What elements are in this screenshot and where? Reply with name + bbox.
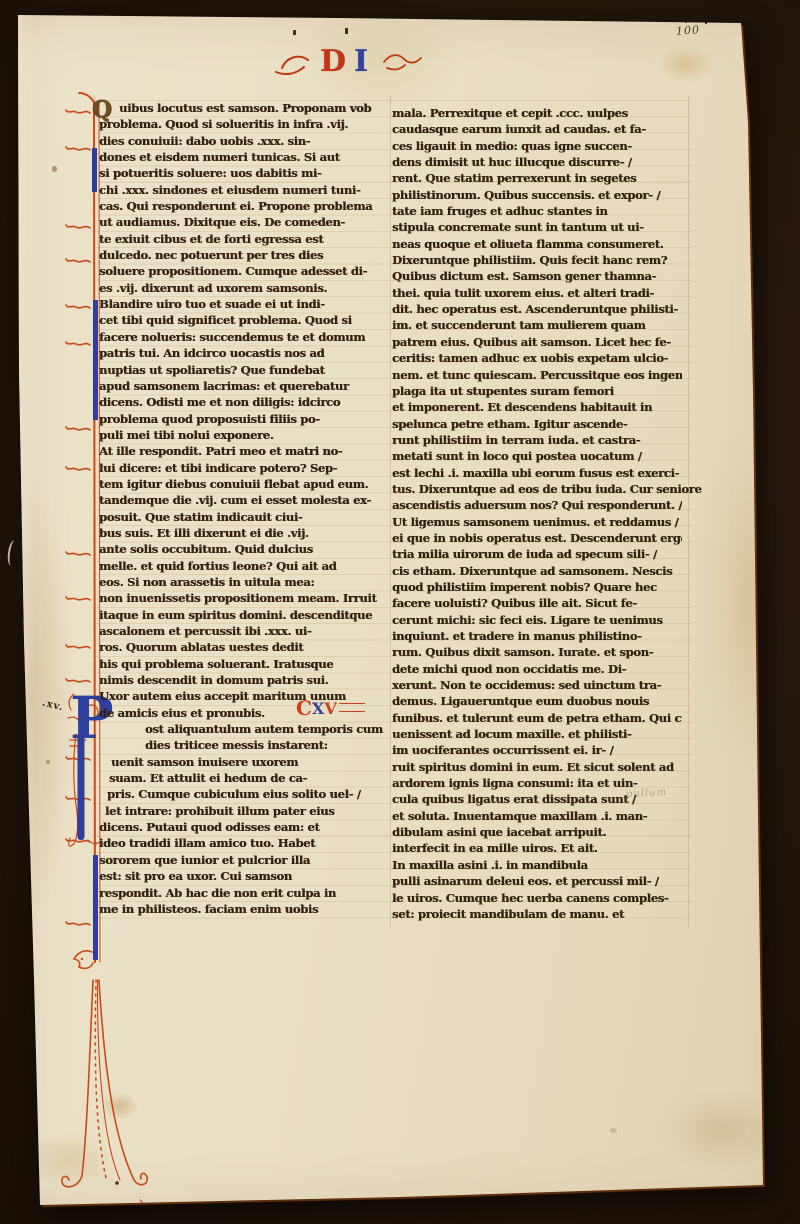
text-line: nem. et tunc quiescam. Percussitque eos … [392, 368, 682, 384]
text-line: apud samsonem lacrimas: et querebatur [99, 379, 389, 395]
text-line: his qui problema soluerant. Iratusque [99, 657, 389, 673]
penwork-descender [62, 980, 148, 1208]
text-line: eos. Si non arassetis in uitula mea: [99, 575, 389, 591]
text-line: problema. Quod si solueritis in infra .v… [99, 117, 389, 133]
text-line: sororem que iunior et pulcrior illa [99, 853, 389, 869]
text-line: stipula concremate sunt in tantum ut ui- [392, 220, 682, 236]
text-line: cerunt michi: sic feci eis. Ligare te ue… [392, 613, 682, 629]
text-line: philistinorum. Quibus succensis. et expo… [392, 188, 682, 204]
ink-speck [345, 28, 348, 34]
text-line: ei que in nobis operatus est. Descenderu… [392, 531, 682, 547]
text-line: neas quoque et oliueta flamma consumeret… [392, 237, 682, 253]
text-line: runt philistiim in terram iuda. et castr… [392, 433, 682, 449]
text-line: chi .xxx. sindones et eiusdem numeri tun… [99, 183, 389, 199]
folio-number: 100 [676, 23, 701, 38]
header-letter-i: I [354, 44, 368, 79]
text-line: cet tibi quid significet problema. Quod … [99, 313, 389, 329]
text-line: problema quod proposuisti filiis po- [99, 412, 389, 428]
text-line: demus. Ligaueruntque eum duobus nouis [392, 694, 682, 710]
text-line: dens dimisit ut huc illucque discurre- / [392, 155, 682, 171]
text-line: lui dicere: et tibi indicare potero? Sep… [99, 461, 389, 477]
text-line: xerunt. Non te occidemus: sed uinctum tr… [392, 678, 682, 694]
text-line: me in philisteos. faciam enim uobis [99, 902, 389, 918]
text-line: thei. quia tulit uxorem eius. et alteri … [392, 286, 682, 302]
text-line: cis etham. Dixeruntque ad samsonem. Nesc… [392, 564, 682, 580]
text-line: Dixeruntque philistiim. Quis fecit hanc … [392, 253, 682, 269]
text-line: nimis descendit in domum patris sui. [99, 673, 389, 689]
text-line: Ut ligemus samsonem uenimus. et reddamus… [392, 515, 682, 531]
page-wrap: D I 100 [0, 0, 800, 1224]
text-line: ascalonem et percussit ibi .xxx. ui- [99, 624, 389, 640]
text-line: im. et succenderunt tam mulierem quam [392, 318, 682, 334]
text-line: pris. Cumque cubiculum eius solito uel- … [107, 787, 389, 803]
text-line: In maxilla asini .i. in mandibula [392, 858, 682, 874]
text-line: rent. Que statim perrexerunt in segetes [392, 171, 682, 187]
faint-marginal-gloss: pullum [626, 787, 668, 800]
text-line: est: sit pro ea uxor. Cui samson [99, 869, 389, 885]
text-line: soluere propositionem. Cumque adesset di… [99, 264, 389, 280]
text-line: facere uoluisti? Quibus ille ait. Sicut … [392, 596, 682, 612]
text-line: funibus. et tulerunt eum de petra etham.… [392, 711, 682, 727]
text-line: patris tui. An idcirco uocastis nos ad [99, 346, 389, 362]
text-line: mala. Perrexitque et cepit .ccc. uulpes [392, 106, 682, 122]
stain-speck [610, 1128, 617, 1133]
text-line: dulcedo. nec potuerunt per tres dies [99, 248, 389, 264]
text-line: tem igitur diebus conuiuii flebat apud e… [99, 477, 389, 493]
text-line: cas. Qui responderunt ei. Propone proble… [99, 199, 389, 215]
text-line: tria milia uirorum de iuda ad specum sil… [392, 547, 682, 563]
ink-tick [685, 15, 687, 23]
text-line: dibulam asini que iacebat arripuit. [392, 825, 682, 841]
text-line: inquiunt. et tradere in manus philistino… [392, 629, 682, 645]
text-line: rum. Quibus dixit samson. Iurate. et spo… [392, 645, 682, 661]
ink-tick [705, 16, 707, 24]
text-line: uenissent ad locum maxille. et philisti- [392, 727, 682, 743]
header-flourish-left [276, 42, 426, 86]
text-line: ros. Quorum ablatas uestes dedit [99, 640, 389, 656]
text-line: ruit spiritus domini in eum. Et sicut so… [392, 760, 682, 776]
text-line: caudasque earum iunxit ad caudas. et fa- [392, 122, 682, 138]
text-line: interfecit in ea mille uiros. Et ait. [392, 841, 682, 857]
text-line: dones et eisdem numeri tunicas. Si aut [99, 150, 389, 166]
text-line: bus suis. Et illi dixerunt ei die .vij. [99, 526, 389, 542]
text-line: ces ligauit in medio: quas igne succen- [392, 139, 682, 155]
text-line: dies conuiuii: dabo uobis .xxx. sin- [99, 134, 389, 150]
text-line: uibus locutus est samson. Proponam vob [119, 101, 389, 117]
text-line: im uociferantes occurrissent ei. ir- / [392, 743, 682, 759]
text-line: et soluta. Inuentamque maxillam .i. man- [392, 809, 682, 825]
text-line: et imponerent. Et descendens habitauit i… [392, 400, 682, 416]
text-line: non inuenissetis propositionem meam. Irr… [99, 591, 389, 607]
text-line: quod philistiim imperent nobis? Quare he… [392, 580, 682, 596]
ruling-vertical-right [688, 95, 689, 929]
text-line: es .vij. dixerunt ad uxorem samsonis. [99, 281, 389, 297]
text-line: metati sunt in loco qui postea uocatum / [392, 449, 682, 465]
parchment-page: D I 100 [0, 0, 800, 1224]
deckle-edge [18, 15, 34, 1206]
text-line: uenit samson inuisere uxorem [111, 755, 389, 771]
text-line: ante solis occubitum. Quid dulcius [99, 542, 389, 558]
text-line: te exiuit cibus et de forti egressa est [99, 232, 389, 248]
text-line: puli mei tibi nolui exponere. [99, 428, 389, 444]
text-line: posuit. Que statim indicauit ciui- [99, 510, 389, 526]
text-line: le uiros. Cumque hec uerba canens comple… [392, 891, 682, 907]
stain-speck [46, 760, 50, 764]
ink-dot [115, 1181, 119, 1185]
text-line: respondit. Ab hac die non erit culpa in [99, 886, 389, 902]
text-line: dete michi quod non occidatis me. Di- [392, 662, 682, 678]
text-line: tate iam fruges et adhuc stantes in [392, 204, 682, 220]
text-line: ideo tradidi illam amico tuo. Habet [99, 836, 389, 852]
running-header: D I [276, 42, 426, 86]
text-line: dies triticee messis instarent: [145, 738, 389, 754]
text-line: set: proiecit mandibulam de manu. et [392, 907, 682, 923]
column2: mala. Perrexitque et cepit .ccc. uulpesc… [392, 106, 684, 923]
text-line: melle. et quid fortius leone? Qui ait ad [99, 559, 389, 575]
text-line: ost aliquantulum autem temporis cum [145, 722, 389, 738]
stain-speck [52, 166, 57, 172]
text-line: Blandire uiro tuo et suade ei ut indi- [99, 297, 389, 313]
text-line: si potueritis soluere: uos dabitis mi- [99, 166, 389, 182]
text-line: est lechi .i. maxilla ubi eorum fusus es… [392, 466, 682, 482]
dragon-head [74, 951, 93, 969]
text-line: patrem eius. Quibus ait samson. Licet he… [392, 335, 682, 351]
text-line: itaque in eum spiritus domini. descendit… [99, 608, 389, 624]
text-line: Uxor autem eius accepit maritum unum [99, 689, 389, 705]
text-line: nuptias ut spoliaretis? Que fundebat [99, 363, 389, 379]
text-line: tandemque die .vij. cum ei esset molesta… [99, 493, 389, 509]
text-line: spelunca petre etham. Igitur ascende- [392, 417, 682, 433]
text-line: tus. Dixeruntque ad eos de tribu iuda. C… [392, 482, 684, 498]
text-line: let intrare: prohibuit illum pater eius [105, 804, 389, 820]
text-line: ut audiamus. Dixitque eis. De comeden- [99, 215, 389, 231]
text-line: suam. Et attulit ei hedum de ca- [109, 771, 389, 787]
text-line: dicens. Putaui quod odisses eam: et [99, 820, 389, 836]
text-line: plaga ita ut stupentes suram femori [392, 384, 682, 400]
text-line: ceritis: tamen adhuc ex uobis expetam ul… [392, 351, 682, 367]
text-line: At ille respondit. Patri meo et matri no… [99, 444, 389, 460]
text-line: pulli asinarum deleui eos. et percussi m… [392, 874, 682, 890]
column1: uibus locutus est samson. Proponam vobpr… [99, 101, 391, 918]
header-letter-d: D [320, 44, 346, 79]
text-line: facere nolueris: succendemus te et domum [99, 330, 389, 346]
text-line: dicens. Odisti me et non diligis: idcirc… [99, 395, 389, 411]
text-line: ascendistis aduersum nos? Qui responderu… [392, 498, 682, 514]
manuscript-photo: D I 100 [0, 0, 800, 1224]
text-line: Quibus dictum est. Samson gener thamna- [392, 269, 682, 285]
text-line: dit. hec operatus est. Ascenderuntque ph… [392, 302, 682, 318]
text-line: de amicis eius et pronubis. [99, 706, 389, 722]
ink-speck [293, 30, 296, 35]
